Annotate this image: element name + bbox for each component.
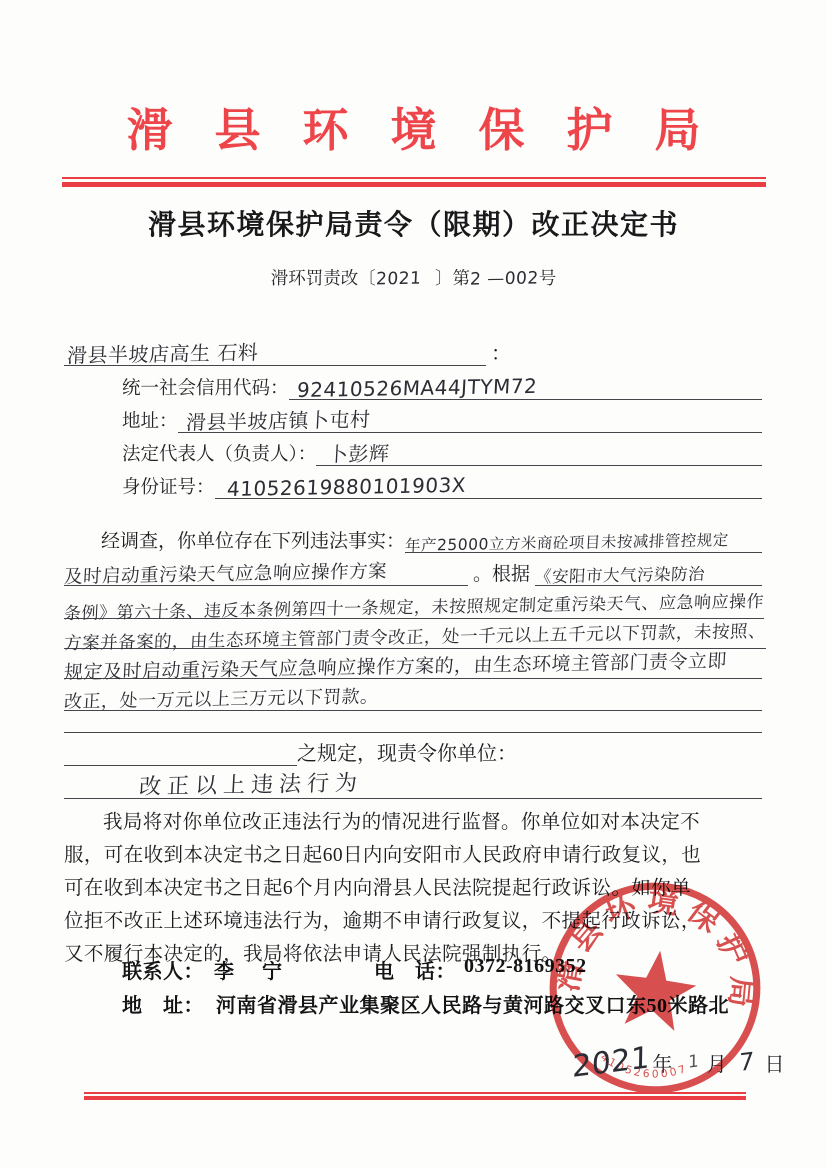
document-title: 滑县环境保护局责令（限期）改正决定书 [0, 203, 827, 243]
document-number: 滑环罚责改〔2021〕第2 —002号 [0, 265, 827, 290]
recipient-name-handwritten: 滑县半坡店高生 石料 [63, 341, 258, 366]
paragraph-line: 我局将对你单位改正违法行为的情况进行监督。你单位如对本决定不 [64, 806, 765, 839]
field-row-credit-code: 统一社会信用代码： 92410526MA44JTYM72 [122, 368, 762, 400]
doc-no-prefix: 滑环罚责改〔 [271, 268, 376, 288]
date-year-handwritten: 2021 [572, 1041, 650, 1084]
contact-row: 联系人： 李 宁 电 话： 0372-8169352 [122, 955, 587, 984]
date-month-handwritten: 1 [688, 1052, 700, 1072]
field-value-handwritten: 41052619880101903X [214, 474, 466, 500]
date-day-handwritten: 7 [739, 1048, 755, 1077]
field-row-id-number: 身份证号： 41052619880101903X [122, 467, 762, 499]
doc-no-year-handwritten: 2021 [375, 270, 421, 289]
rule-thick [84, 1096, 746, 1100]
order-handwritten: 改正以上违法行为 [138, 772, 363, 800]
rule-thick [62, 182, 766, 187]
contact-phone-label: 电 话： [374, 955, 456, 984]
field-label: 地址： [122, 407, 178, 433]
order-line: 改正以上违法行为 [64, 765, 762, 799]
recipient-colon: ： [491, 337, 511, 366]
address-label: 地 址： [122, 989, 204, 1018]
recipient-row: 滑县半坡店高生 石料 ： [64, 334, 524, 366]
field-label: 身份证号： [122, 473, 215, 499]
footer-double-rule [84, 1092, 746, 1100]
field-label: 统一社会信用代码： [122, 374, 289, 400]
date-day-unit: 日 [764, 1048, 784, 1077]
date-year-unit: 年 [652, 1048, 672, 1077]
doc-no-suffix: 号 [539, 268, 557, 288]
field-value-handwritten: 92410526MA44JTYM72 [288, 375, 537, 401]
field-value-handwritten: 滑县半坡店镇卜屯村 [177, 408, 371, 433]
contact-person-label: 联系人： [122, 955, 204, 984]
violation-handwritten: 《安阳市大气污染防治 [535, 565, 706, 586]
field-value-handwritten: 卜彭辉 [316, 442, 391, 465]
violation-line-1: 经调查，你单位存在下列违法事实： 年产25000立方米商砼项目未按减排管控规定 [64, 520, 762, 553]
violation-line-3: 条例》第六十条、违反本条例第四十一条规定，未按照规定制定重污染天气、应急响应操作 [64, 586, 762, 619]
violation-handwritten: 及时启动重污染天气应急响应操作方案 [63, 562, 387, 588]
violation-line-4: 方案并备案的，由生态环境主管部门责令改正，处一千元以上五千元以下罚款，未按照、 [64, 616, 762, 649]
contact-person: 李 宁 [214, 955, 286, 984]
field-label: 法定代表人（负责人）： [122, 440, 316, 466]
date-month-unit: 月 [707, 1048, 727, 1077]
violation-printed-genju: 。根据 [473, 559, 530, 586]
seal-star-icon [609, 945, 700, 1033]
scanned-document-page: 滑县环境保护局 滑县环境保护局责令（限期）改正决定书 滑环罚责改〔2021〕第2… [0, 0, 827, 1169]
paragraph-line: 服，可在收到本决定书之日起60日内向安阳市人民政府申请行政复议，也 [64, 839, 765, 872]
doc-no-num-handwritten: 2 —002 [470, 269, 540, 289]
bureau-masthead: 滑县环境保护局 [0, 94, 827, 160]
clause-line: 之规定，现责令你单位： [64, 733, 762, 766]
blank-rule-line [64, 701, 762, 733]
field-row-address: 地址： 滑县半坡店镇卜屯村 [122, 401, 762, 433]
date-row: 2021 年 1 月 7 日 [572, 1046, 784, 1079]
clause-printed: 之规定，现责令你单位： [297, 737, 517, 766]
violation-line-2: 及时启动重污染天气应急响应操作方案 。根据 《安阳市大气污染防治 [64, 553, 762, 586]
violation-intro: 经调查，你单位存在下列违法事实： [64, 526, 405, 553]
masthead-double-rule [62, 177, 766, 187]
violation-line-5: 规定及时启动重污染天气应急响应操作方案的，由生态环境主管部门责令立即 [64, 646, 762, 679]
violation-handwritten: 年产25000立方米商砼项目未按减排管控规定 [405, 532, 730, 555]
doc-no-mid: 〕第 [435, 268, 470, 288]
field-row-legal-rep: 法定代表人（负责人）： 卜彭辉 [122, 434, 762, 466]
